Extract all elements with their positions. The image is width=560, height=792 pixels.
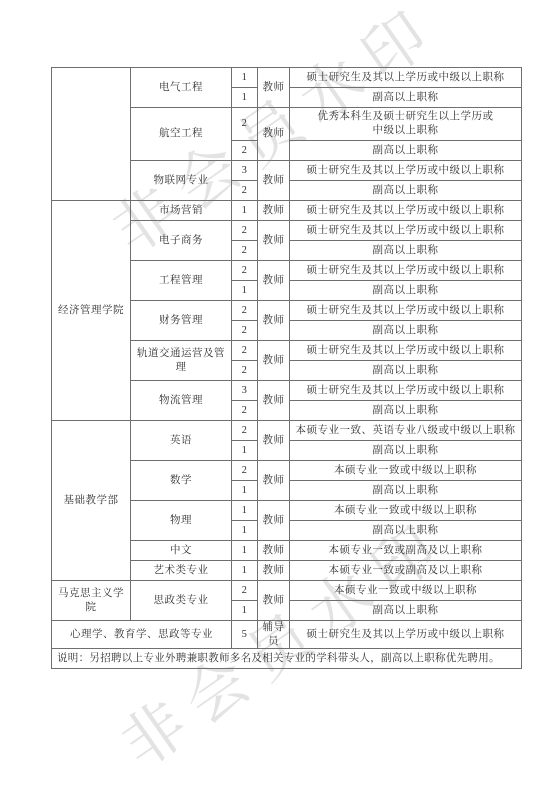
requirement-cell: 副高以上职称: [290, 601, 522, 621]
position-cell: 教师: [258, 261, 290, 301]
department-cell: 基础教学部: [52, 421, 131, 581]
major-cell: 数学: [131, 461, 232, 501]
major-cell: 物理: [131, 501, 232, 541]
headcount-cell: 2: [232, 361, 258, 381]
requirement-cell: 副高以上职称: [290, 441, 522, 461]
position-cell: 教师: [258, 381, 290, 421]
headcount-cell: 1: [232, 561, 258, 581]
requirement-cell: 硕士研究生及其以上学历或中级以上职称: [290, 161, 522, 181]
requirement-cell: 副高以上职称: [290, 361, 522, 381]
requirement-cell: 硕士研究生及其以上学历或中级以上职称: [290, 341, 522, 361]
major-cell: 轨道交通运营及管理: [131, 341, 232, 381]
recruitment-table: 电气工程1教师硕士研究生及其以上学历或中级以上职称1副高以上职称航空工程2教师优…: [51, 67, 522, 669]
requirement-cell: 副高以上职称: [290, 241, 522, 261]
headcount-cell: 2: [232, 401, 258, 421]
major-cell: 航空工程: [131, 108, 232, 161]
requirement-cell: 本硕专业一致或中级以上职称: [290, 501, 522, 521]
requirement-cell: 硕士研究生及其以上学历或中级以上职称: [290, 381, 522, 401]
note-cell: 说明：另招聘以上专业外聘兼职教师多名及相关专业的学科带头人，副高以上职称优先聘用…: [52, 649, 522, 669]
major-cell: 电子商务: [131, 221, 232, 261]
merged-department-major-cell: 心理学、教育学、思政等专业: [52, 621, 232, 649]
requirement-cell: 副高以上职称: [290, 88, 522, 108]
requirement-cell: 副高以上职称: [290, 521, 522, 541]
headcount-cell: 2: [232, 141, 258, 161]
requirement-cell: 副高以上职称: [290, 321, 522, 341]
requirement-cell: 硕士研究生及其以上学历或中级以上职称: [290, 261, 522, 281]
headcount-cell: 2: [232, 181, 258, 201]
headcount-cell: 1: [232, 521, 258, 541]
headcount-cell: 3: [232, 161, 258, 181]
headcount-cell: 3: [232, 381, 258, 401]
major-cell: 艺术类专业: [131, 561, 232, 581]
position-cell: 教师: [258, 421, 290, 461]
major-cell: 思政类专业: [131, 581, 232, 621]
requirement-cell: 硕士研究生及其以上学历或中级以上职称: [290, 68, 522, 88]
headcount-cell: 1: [232, 441, 258, 461]
requirement-cell: 副高以上职称: [290, 181, 522, 201]
requirement-cell: 副高以上职称: [290, 141, 522, 161]
document-page: 非会员水印 非会员水印 电气工程1教师硕士研究生及其以上学历或中级以上职称1副高…: [0, 0, 560, 792]
table-row: 经济管理学院市场营销1教师硕士研究生及其以上学历或中级以上职称: [52, 201, 522, 221]
department-cell: [52, 68, 131, 201]
headcount-cell: 2: [232, 261, 258, 281]
major-cell: 市场营销: [131, 201, 232, 221]
requirement-cell: 副高以上职称: [290, 281, 522, 301]
position-cell: 教师: [258, 541, 290, 561]
requirement-cell: 硕士研究生及其以上学历或中级以上职称: [290, 301, 522, 321]
headcount-cell: 2: [232, 221, 258, 241]
major-cell: 电气工程: [131, 68, 232, 108]
requirement-cell: 硕士研究生及其以上学历或中级以上职称: [290, 201, 522, 221]
headcount-cell: 2: [232, 341, 258, 361]
headcount-cell: 1: [232, 541, 258, 561]
table-row: 电气工程1教师硕士研究生及其以上学历或中级以上职称: [52, 68, 522, 88]
headcount-cell: 5: [232, 621, 258, 649]
headcount-cell: 2: [232, 321, 258, 341]
headcount-cell: 1: [232, 481, 258, 501]
requirement-cell: 硕士研究生及其以上学历或中级以上职称: [290, 621, 522, 649]
requirement-cell: 本硕专业一致或副高及以上职称: [290, 561, 522, 581]
position-cell: 教师: [258, 581, 290, 621]
headcount-cell: 1: [232, 68, 258, 88]
major-cell: 物流管理: [131, 381, 232, 421]
headcount-cell: 1: [232, 88, 258, 108]
headcount-cell: 2: [232, 241, 258, 261]
major-cell: 财务管理: [131, 301, 232, 341]
requirement-cell: 本硕专业一致或中级以上职称: [290, 461, 522, 481]
position-cell: 辅导员: [258, 621, 290, 649]
position-cell: 教师: [258, 301, 290, 341]
position-cell: 教师: [258, 68, 290, 108]
table-row: 心理学、教育学、思政等专业5辅导员硕士研究生及其以上学历或中级以上职称: [52, 621, 522, 649]
requirement-cell: 优秀本科生及硕士研究生以上学历或 中级以上职称: [290, 108, 522, 141]
position-cell: 教师: [258, 461, 290, 501]
position-cell: 教师: [258, 201, 290, 221]
table-row: 基础教学部英语2教师本硕专业一致、英语专业八级或中级以上职称: [52, 421, 522, 441]
requirement-cell: 硕士研究生及其以上学历或中级以上职称: [290, 221, 522, 241]
headcount-cell: 1: [232, 281, 258, 301]
position-cell: 教师: [258, 341, 290, 381]
major-cell: 中文: [131, 541, 232, 561]
major-cell: 英语: [131, 421, 232, 461]
headcount-cell: 1: [232, 201, 258, 221]
table-row: 马克思主义学院思政类专业2教师本硕专业一致或中级以上职称: [52, 581, 522, 601]
position-cell: 教师: [258, 561, 290, 581]
major-cell: 工程管理: [131, 261, 232, 301]
requirement-cell: 本硕专业一致或副高及以上职称: [290, 541, 522, 561]
headcount-cell: 1: [232, 501, 258, 521]
headcount-cell: 2: [232, 301, 258, 321]
position-cell: 教师: [258, 221, 290, 261]
requirement-cell: 副高以上职称: [290, 481, 522, 501]
position-cell: 教师: [258, 501, 290, 541]
department-cell: 经济管理学院: [52, 201, 131, 421]
headcount-cell: 2: [232, 421, 258, 441]
requirement-cell: 本硕专业一致或中级以上职称: [290, 581, 522, 601]
recruitment-table-body: 电气工程1教师硕士研究生及其以上学历或中级以上职称1副高以上职称航空工程2教师优…: [52, 68, 522, 669]
table-row: 说明：另招聘以上专业外聘兼职教师多名及相关专业的学科带头人，副高以上职称优先聘用…: [52, 649, 522, 669]
headcount-cell: 2: [232, 581, 258, 601]
department-cell: 马克思主义学院: [52, 581, 131, 621]
headcount-cell: 2: [232, 461, 258, 481]
major-cell: 物联网专业: [131, 161, 232, 201]
requirement-cell: 副高以上职称: [290, 401, 522, 421]
headcount-cell: 2: [232, 108, 258, 141]
position-cell: 教师: [258, 108, 290, 161]
requirement-cell: 本硕专业一致、英语专业八级或中级以上职称: [290, 421, 522, 441]
position-cell: 教师: [258, 161, 290, 201]
headcount-cell: 1: [232, 601, 258, 621]
